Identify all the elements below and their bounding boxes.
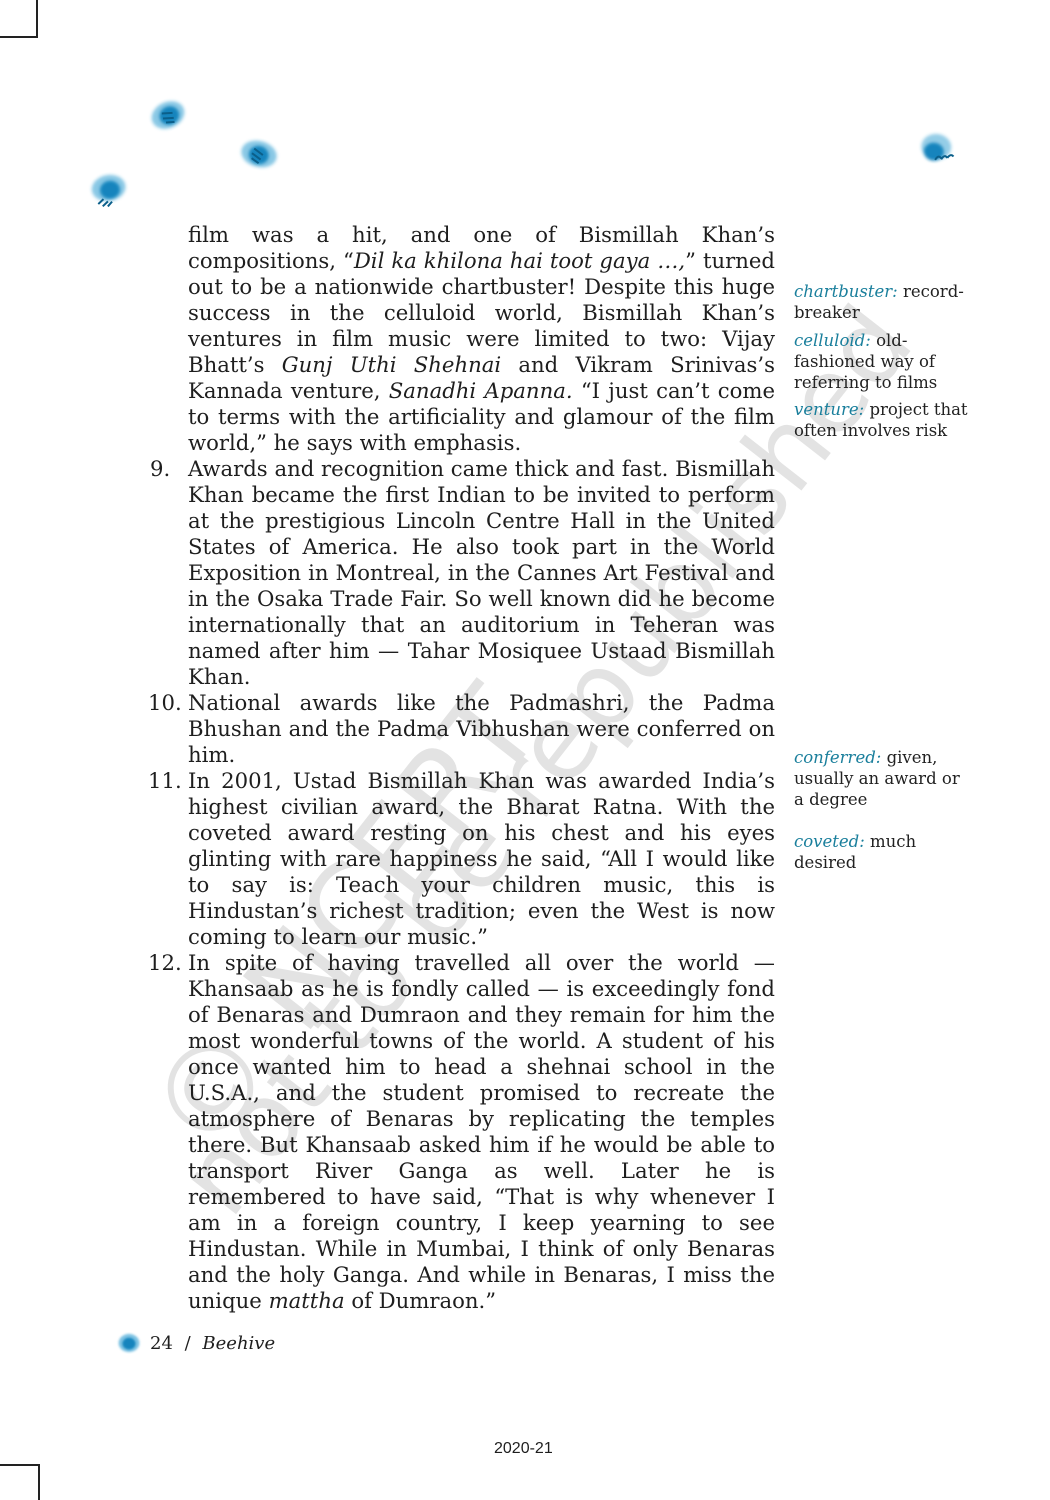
glossary-term: coveted — [794, 832, 859, 851]
bee-icon — [232, 129, 287, 180]
page-footer: 24 / Beehive — [114, 1328, 275, 1358]
paragraph-continuation: film was a hit, and one of Bismillah Kha… — [148, 222, 775, 456]
paragraph-number: 11. — [148, 768, 182, 794]
bee-icon — [912, 128, 961, 172]
glossary-term: chartbuster — [794, 282, 892, 301]
bee-icon — [139, 87, 198, 143]
body-text: film was a hit, and one of Bismillah Kha… — [148, 222, 775, 1314]
book-title: Beehive — [202, 1333, 275, 1354]
paragraph-11: 11. In 2001, Ustad Bismillah Khan was aw… — [148, 768, 775, 950]
bee-icon — [114, 1328, 144, 1358]
footer-separator: / — [179, 1333, 197, 1354]
glossary-entry: chartbuster: record-breaker — [794, 281, 974, 323]
paragraph-number: 9. — [150, 456, 170, 482]
glossary-term: venture — [794, 400, 859, 419]
paragraph-number: 10. — [148, 690, 182, 716]
bee-icon — [83, 166, 135, 213]
page-number: 24 — [150, 1333, 173, 1354]
glossary-entry: celluloid: old-fashioned way of referrin… — [794, 330, 974, 393]
song-title: Dil ka khilona hai toot gaya …, — [354, 248, 685, 273]
paragraph-10: 10. National awards like the Padmashri, … — [148, 690, 775, 768]
glossary-entry: venture: project that often involves ris… — [794, 399, 974, 441]
glossary-entry: coveted: much desired — [794, 831, 974, 873]
year-stamp: 2020-21 — [494, 1440, 553, 1458]
film-title: Gunj Uthi Shehnai — [282, 352, 501, 377]
crop-mark-bottom-left — [0, 1464, 40, 1500]
paragraph-9: 9. Awards and recognition came thick and… — [148, 456, 775, 690]
paragraph-number: 12. — [148, 950, 182, 976]
glossary-term: conferred — [794, 748, 876, 767]
glossary-entry: conferred: given, usually an award or a … — [794, 747, 974, 810]
crop-mark-top-left — [0, 0, 38, 38]
emphasis-word: mattha — [269, 1288, 345, 1313]
paragraph-12: 12. In spite of having travelled all ove… — [148, 950, 775, 1314]
glossary-term: celluloid — [794, 331, 865, 350]
film-title: Sanadhi Apanna. — [389, 378, 573, 403]
